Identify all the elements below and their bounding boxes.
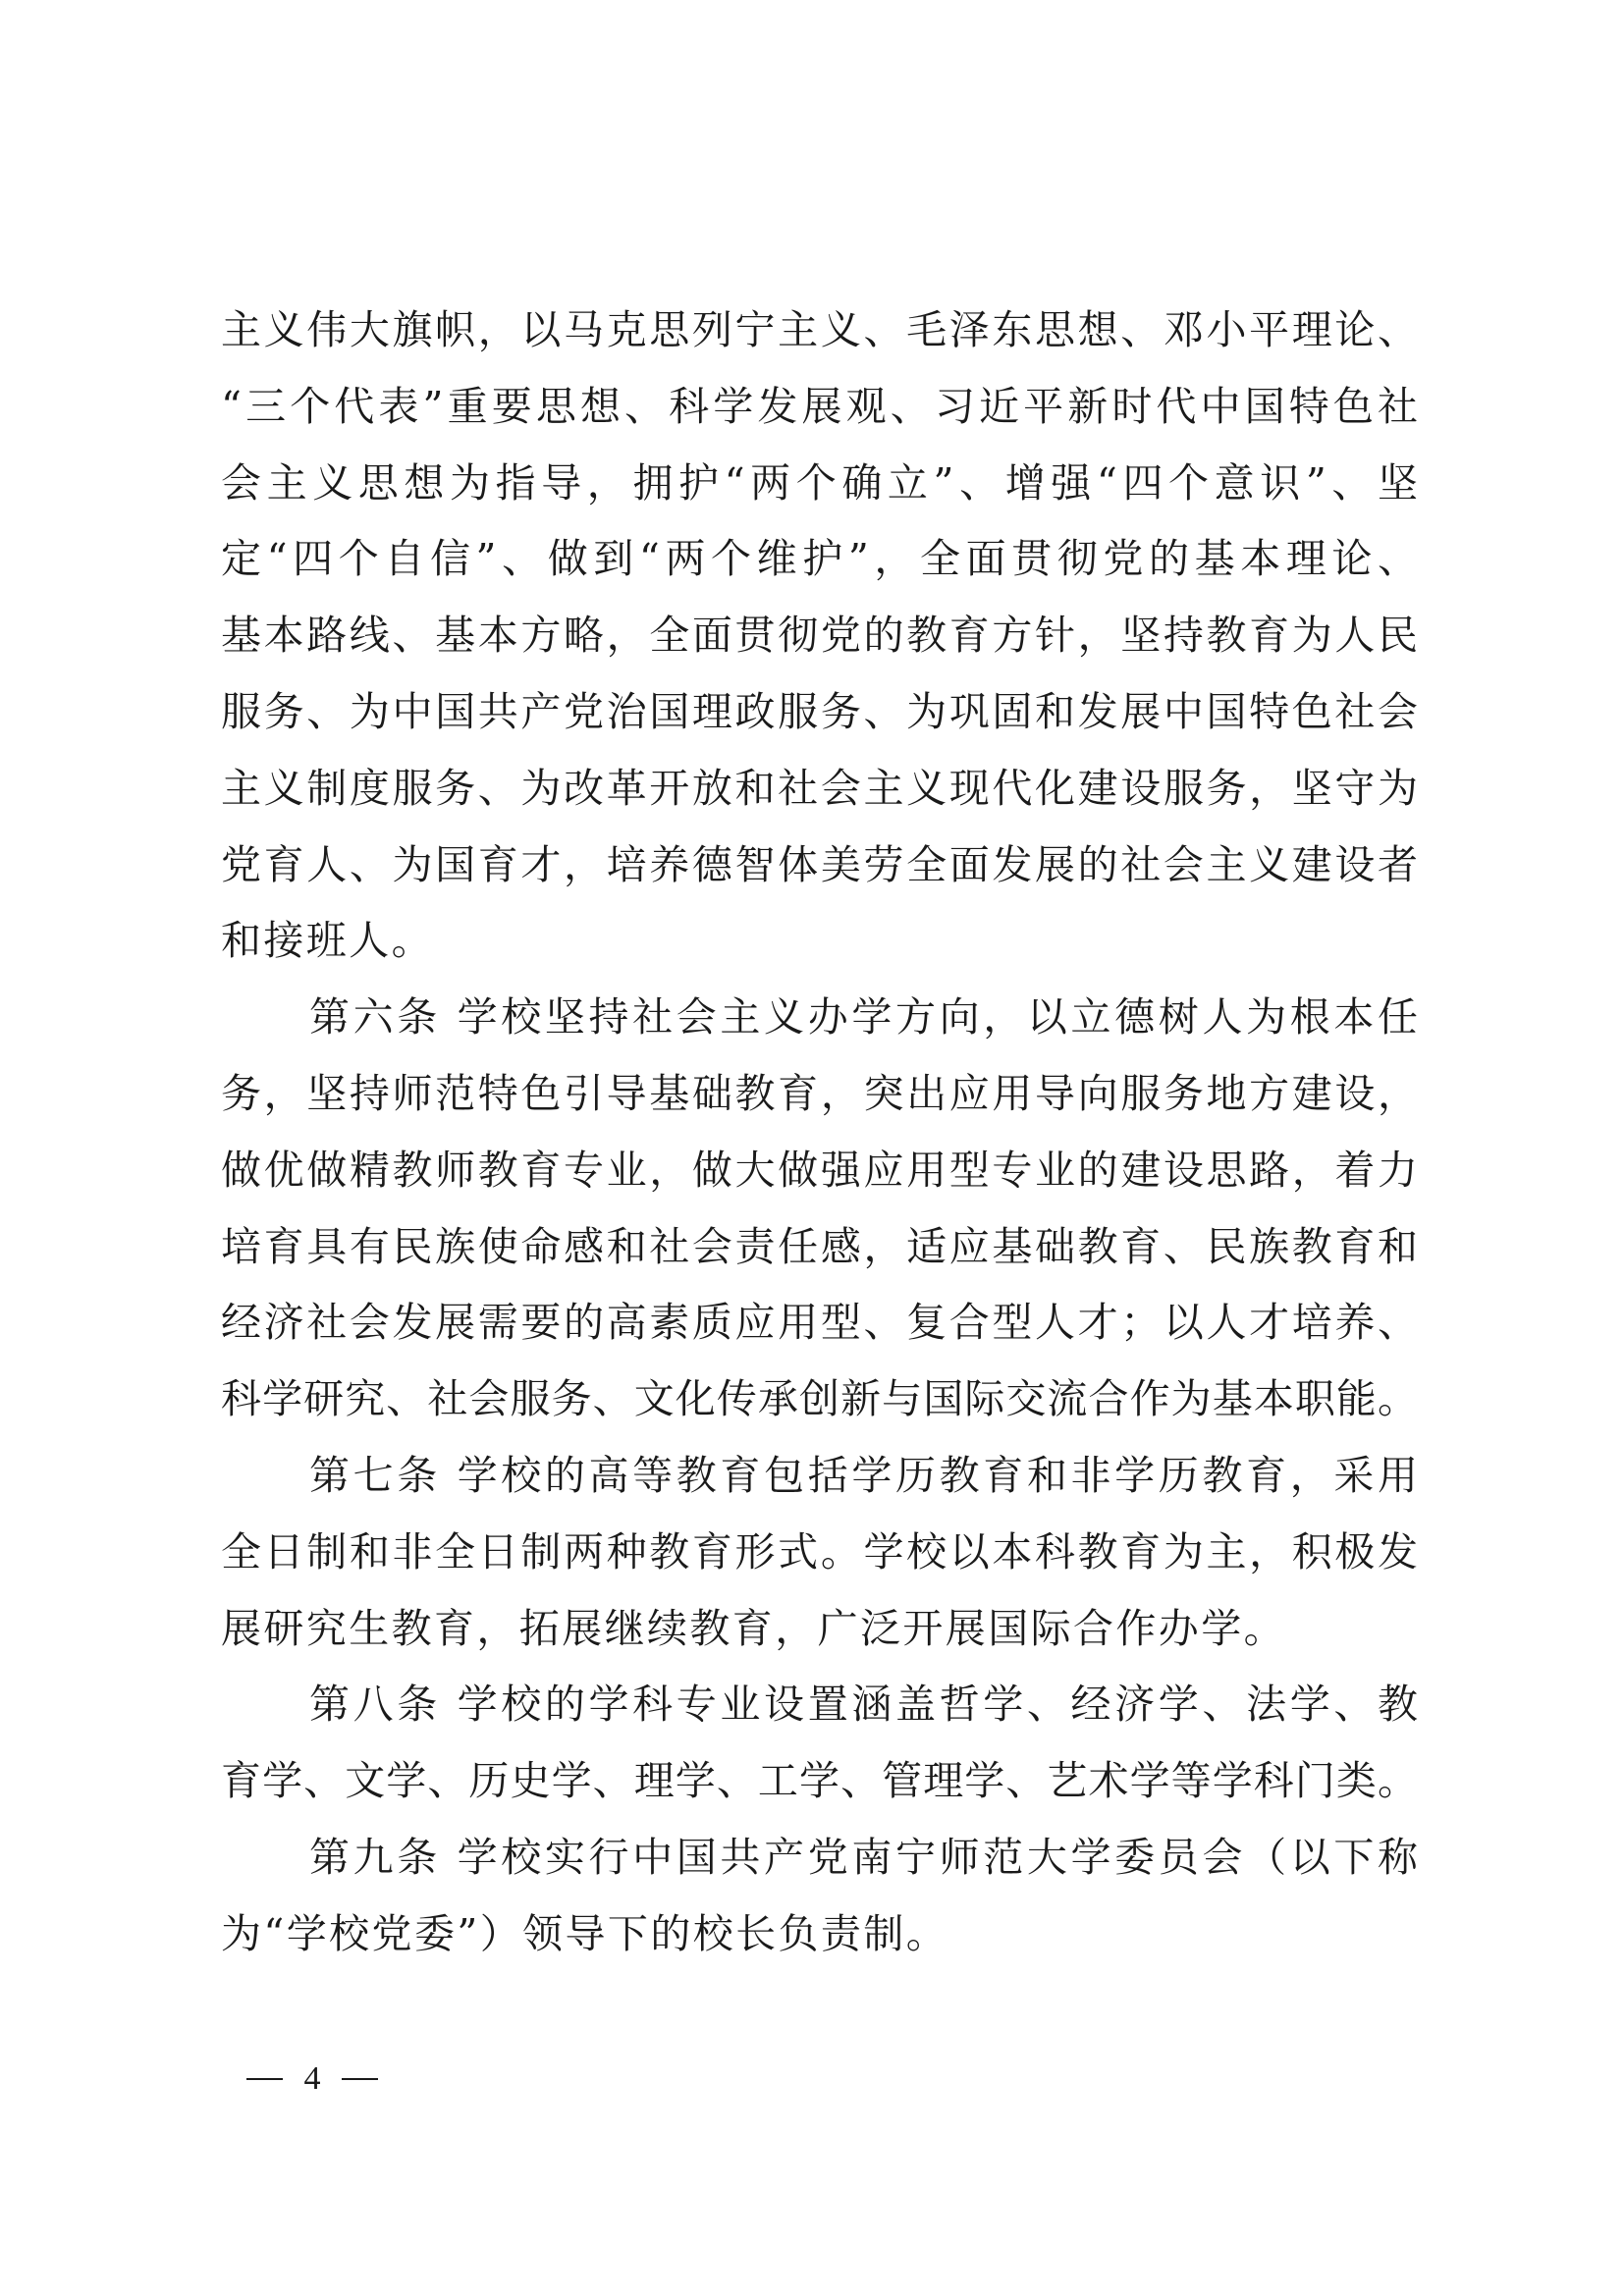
text-line: 党育人、为国育才，培养德智体美劳全面发展的社会主义建设者 [221,828,1419,904]
paragraph-article-8: 第八条 学校的学科专业设置涵盖哲学、经济学、法学、教 育学、文学、历史学、理学、… [221,1667,1419,1820]
text-line: 务，坚持师范特色引导基础教育，突出应用导向服务地方建设， [221,1056,1419,1133]
text-line: 培育具有民族使命感和社会责任感，适应基础教育、民族教育和 [221,1209,1419,1286]
text-line: 基本路线、基本方略，全面贯彻党的教育方针，坚持教育为人民 [221,598,1419,674]
text-line: 会主义思想为指导，拥护“两个确立”、增强“四个意识”、坚 [221,446,1419,522]
article-heading-line: 第八条 学校的学科专业设置涵盖哲学、经济学、法学、教 [221,1667,1419,1743]
text-line: 为“学校党委”）领导下的校长负责制。 [221,1896,1419,1973]
text-line: 育学、文学、历史学、理学、工学、管理学、艺术学等学科门类。 [221,1743,1419,1820]
paragraph-article-6: 第六条 学校坚持社会主义办学方向，以立德树人为根本任 务，坚持师范特色引导基础教… [221,980,1419,1438]
text-line: 经济社会发展需要的高素质应用型、复合型人才；以人才培养、 [221,1285,1419,1362]
text-line: 主义制度服务、为改革开放和社会主义现代化建设服务，坚守为 [221,751,1419,828]
page-number-left-dash [246,2078,283,2080]
article-heading-line: 第六条 学校坚持社会主义办学方向，以立德树人为根本任 [221,980,1419,1056]
paragraph-article-7: 第七条 学校的高等教育包括学历教育和非学历教育，采用 全日制和非全日制两种教育形… [221,1438,1419,1667]
text-line: 展研究生教育，拓展继续教育，广泛开展国际合作办学。 [221,1591,1419,1668]
paragraph-article-9: 第九条 学校实行中国共产党南宁师范大学委员会（以下称 为“学校党委”）领导下的校… [221,1820,1419,1973]
text-line: 主义伟大旗帜，以马克思列宁主义、毛泽东思想、邓小平理论、 [221,293,1419,369]
text-line: 服务、为中国共产党治国理政服务、为巩固和发展中国特色社会 [221,674,1419,751]
article-heading-line: 第九条 学校实行中国共产党南宁师范大学委员会（以下称 [221,1820,1419,1896]
text-line: “三个代表”重要思想、科学发展观、习近平新时代中国特色社 [221,369,1419,446]
text-line: 全日制和非全日制两种教育形式。学校以本科教育为主，积极发 [221,1515,1419,1591]
page-number-right-dash [342,2078,378,2080]
article-heading-line: 第七条 学校的高等教育包括学历教育和非学历教育，采用 [221,1438,1419,1515]
text-line: 做优做精教师教育专业，做大做强应用型专业的建设思路，着力 [221,1133,1419,1209]
paragraph-article-5-continuation: 主义伟大旗帜，以马克思列宁主义、毛泽东思想、邓小平理论、 “三个代表”重要思想、… [221,293,1419,980]
document-page: 主义伟大旗帜，以马克思列宁主义、毛泽东思想、邓小平理论、 “三个代表”重要思想、… [0,0,1624,2296]
page-number-value: 4 [283,2057,342,2101]
page-number: 4 [246,2057,378,2101]
text-line: 和接班人。 [221,903,1419,980]
text-line: 科学研究、社会服务、文化传承创新与国际交流合作为基本职能。 [221,1362,1419,1438]
document-body: 主义伟大旗帜，以马克思列宁主义、毛泽东思想、邓小平理论、 “三个代表”重要思想、… [221,293,1419,1973]
text-line: 定“四个自信”、做到“两个维护”，全面贯彻党的基本理论、 [221,521,1419,598]
